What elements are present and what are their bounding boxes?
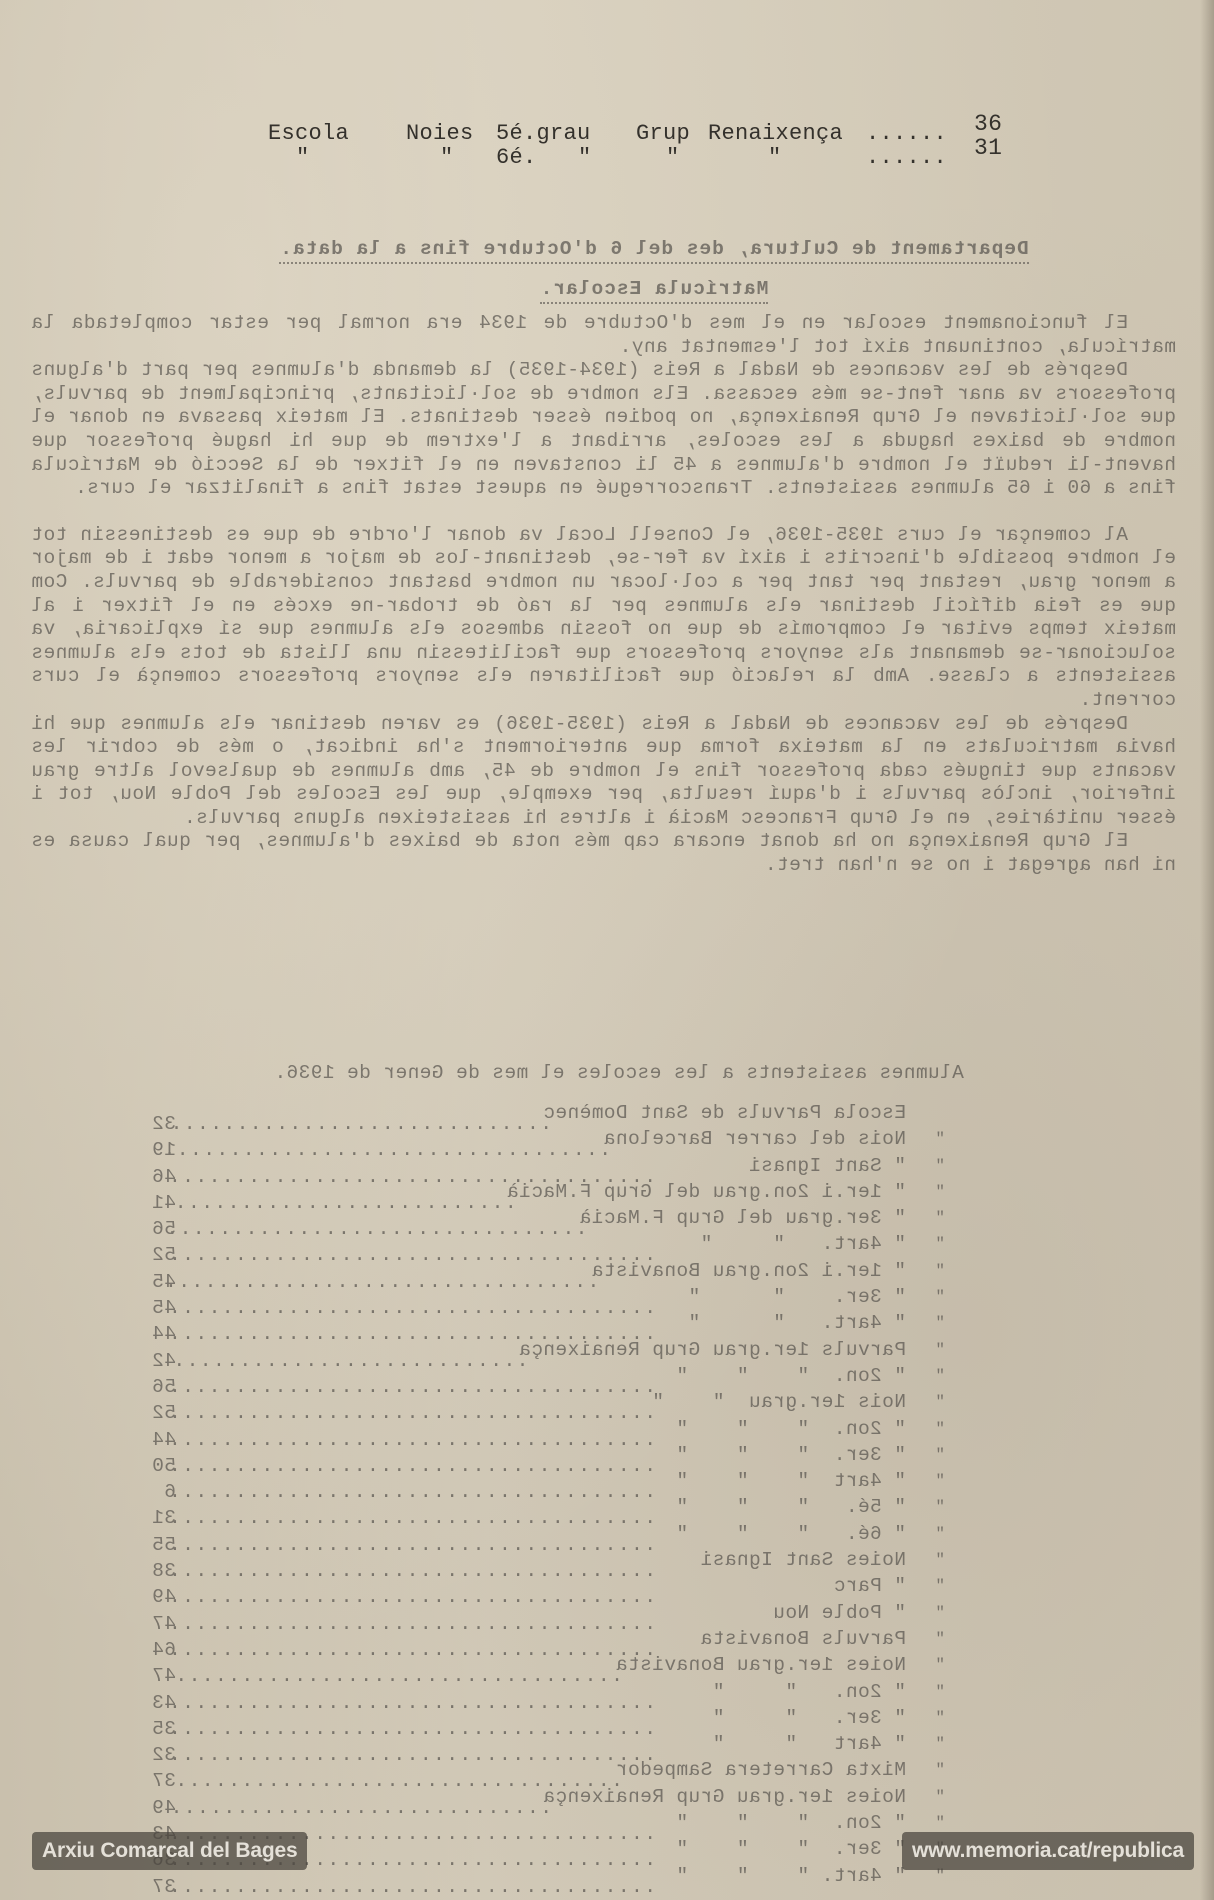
- school-name: " 3er. " " ": [676, 1838, 906, 1860]
- list-item: "" 4art " " "...........................…: [36, 1476, 1176, 1502]
- ditto-mark: ": [930, 1498, 950, 1516]
- student-count: 42: [152, 1350, 176, 1372]
- leader-dots: ................................: [165, 1218, 587, 1240]
- school-name: " 4art. " ": [688, 1312, 906, 1334]
- student-count: 35: [152, 1718, 176, 1740]
- ditto-mark: ": [930, 1788, 950, 1806]
- archive-watermark: Arxiu Comarcal del Bages: [32, 1832, 307, 1870]
- list-item: "" 6é. " " "............................…: [36, 1529, 1176, 1555]
- ditto-mark: ": [930, 1656, 950, 1674]
- ditto-mark: ": [930, 1420, 950, 1438]
- student-count: 64: [152, 1639, 176, 1661]
- leader-dots: .....................................: [168, 1534, 656, 1556]
- school-name: Nois 1er.grau " ": [652, 1391, 906, 1413]
- school-name: Parvuls 1er.grau Grup Renaixença: [519, 1339, 906, 1361]
- leader-dots: .....................................: [168, 1560, 656, 1582]
- list-item: "" 4art. " " "..........................…: [36, 1871, 1176, 1897]
- leader-dots: .....................................: [168, 1613, 656, 1635]
- leader-dots: .....................................: [168, 1586, 656, 1608]
- school-name: " 1er.i 2on.grau del Grup F.Macià: [507, 1181, 906, 1203]
- list-item: "Noies 1er.grau Bonavista...............…: [36, 1660, 1176, 1686]
- school-name: " Sant Ignasi: [749, 1155, 906, 1177]
- list-title: Alumnes assistents a les escoles el mes …: [144, 1062, 1094, 1084]
- student-count: 19: [152, 1139, 176, 1161]
- section-subheading: Matrícula Escolar.: [204, 278, 1104, 300]
- school-name: Parvuls Bonavista: [700, 1628, 906, 1650]
- ditto-mark: ": [930, 1709, 950, 1727]
- school-name: " 4art " " ": [676, 1470, 906, 1492]
- student-count: 37: [152, 1876, 176, 1898]
- school-name: " 4art. " " ": [676, 1865, 906, 1887]
- student-count: 37: [152, 1770, 176, 1792]
- student-count: 47: [152, 1613, 176, 1635]
- school-name: " 3er. " ": [688, 1286, 906, 1308]
- website-watermark: www.memoria.cat/republica: [902, 1832, 1194, 1870]
- leader-dots: .....................................: [168, 1639, 656, 1661]
- ditto-mark: ": [930, 1183, 950, 1201]
- student-count: 38: [152, 1560, 176, 1582]
- leader-dots: .....................................: [168, 1429, 656, 1451]
- school-name: " 4art " ": [712, 1733, 906, 1755]
- ditto-mark: ": [930, 1288, 950, 1306]
- student-count: 56: [152, 1218, 176, 1240]
- school-name: " 3er. " " ": [676, 1444, 906, 1466]
- student-count: 31: [152, 1507, 176, 1529]
- list-item: "Nois del carrer Barcelona..............…: [36, 1134, 1176, 1160]
- list-item: "" 1er.i 2on.grau Bonavista.............…: [36, 1266, 1176, 1292]
- student-count: 47: [152, 1665, 176, 1687]
- student-count: 49: [152, 1797, 176, 1819]
- paragraph: Després de les vacances de Nadal a Reis …: [31, 713, 1176, 831]
- ditto-mark: ": [930, 1341, 950, 1359]
- list-item: "" Parc.................................…: [36, 1581, 1176, 1607]
- school-name: " 2on. " " ": [676, 1418, 906, 1440]
- student-count: 49: [152, 1586, 176, 1608]
- list-item: "" 2on. " " "...........................…: [36, 1371, 1176, 1397]
- leader-dots: .....................................: [168, 1455, 656, 1477]
- list-item: "" 5é. " " "............................…: [36, 1502, 1176, 1528]
- document-page: Escola Noies 5é.grau Grup Renaixença ...…: [0, 0, 1214, 1900]
- leader-dots: .....................................: [168, 1692, 656, 1714]
- student-count: 32: [152, 1744, 176, 1766]
- ditto-mark: ": [930, 1735, 950, 1753]
- student-count: 41: [152, 1192, 176, 1214]
- leader-dots: ..................................: [162, 1139, 611, 1161]
- ditto-mark: ": [930, 1314, 950, 1332]
- leader-dots: .............................: [169, 1113, 552, 1135]
- ditto-mark: ": [930, 1683, 950, 1701]
- leader-dots: .................................: [164, 1271, 600, 1293]
- leader-dots: .....................................: [168, 1744, 656, 1766]
- school-name: " 5é. " " ": [676, 1496, 906, 1518]
- student-count: 43: [152, 1692, 176, 1714]
- list-item: "Noies Sant Ignasi......................…: [36, 1555, 1176, 1581]
- attendance-list: Escola Parvuls de Sant Domènec..........…: [36, 1108, 1176, 1897]
- ditto-mark: ": [930, 1367, 950, 1385]
- student-count: 44: [152, 1323, 176, 1345]
- student-count: 55: [152, 1534, 176, 1556]
- ditto-mark: ": [930, 1130, 950, 1148]
- list-item: "Parvuls Bonavista......................…: [36, 1634, 1176, 1660]
- paragraph: Després de les vacances de Nadal a Reis …: [31, 359, 1176, 501]
- leader-dots: .....................................: [168, 1718, 656, 1740]
- ditto-mark: ": [930, 1551, 950, 1569]
- list-item: "" 3er. " ".............................…: [36, 1292, 1176, 1318]
- leader-dots: .....................................: [168, 1297, 656, 1319]
- ditto-mark: ": [930, 1209, 950, 1227]
- leader-dots: .....................................: [168, 1876, 656, 1898]
- ditto-mark: ": [930, 1393, 950, 1411]
- leader-dots: ...........................: [172, 1350, 528, 1372]
- school-name: " 3er. " ": [712, 1707, 906, 1729]
- student-count: 50: [152, 1455, 176, 1477]
- leader-dots: .....................................: [168, 1376, 656, 1398]
- ditto-mark: ": [930, 1630, 950, 1648]
- list-item: "Parvuls 1er.grau Grup Renaixença.......…: [36, 1345, 1176, 1371]
- list-item: "Nois 1er.grau " "......................…: [36, 1397, 1176, 1423]
- school-name: Mixta Carretera Sampedor: [616, 1759, 906, 1781]
- school-name: Noies 1er.grau Bonavista: [616, 1654, 906, 1676]
- student-count: 56: [152, 1376, 176, 1398]
- ditto-mark: ": [930, 1604, 950, 1622]
- ditto-mark: ": [930, 1157, 950, 1175]
- leader-dots: .....................................: [168, 1402, 656, 1424]
- school-name: " 2on. " " ": [676, 1365, 906, 1387]
- bleed-through-text: Departament de Cultura, des del 6 d'Octu…: [0, 0, 1214, 1900]
- ditto-mark: ": [930, 1814, 950, 1832]
- student-count: 6: [164, 1481, 176, 1503]
- list-item: "" 4art " ".............................…: [36, 1739, 1176, 1765]
- student-count: 45: [152, 1271, 176, 1293]
- school-name: " 1er.i 2on.grau Bonavista: [591, 1260, 906, 1282]
- school-name: Nois del carrer Barcelona: [603, 1128, 906, 1150]
- school-name: Noies Sant Ignasi: [700, 1549, 906, 1571]
- ditto-mark: ": [930, 1761, 950, 1779]
- leader-dots: .....................................: [168, 1244, 656, 1266]
- student-count: 44: [152, 1429, 176, 1451]
- list-item: "Noies 1er.grau Grup Renaixença.........…: [36, 1792, 1176, 1818]
- school-name: Escola Parvuls de Sant Domènec: [543, 1102, 906, 1124]
- list-item: "" 3er. " ".............................…: [36, 1713, 1176, 1739]
- ditto-mark: ": [930, 1472, 950, 1490]
- school-name: " Parc: [833, 1575, 906, 1597]
- paragraph: El funcionament escolar en el mes d'Octu…: [31, 312, 1176, 359]
- leader-dots: .............................: [169, 1797, 552, 1819]
- list-item: "" 2on. " ".............................…: [36, 1687, 1176, 1713]
- list-item: "" 2on. " " "...........................…: [36, 1424, 1176, 1450]
- section-heading: Departament de Cultura, des del 6 d'Octu…: [204, 238, 1104, 260]
- list-item: "" Poble Nou............................…: [36, 1608, 1176, 1634]
- paragraph: Al començar el curs 1935-1936, el Consel…: [31, 524, 1176, 713]
- school-name: " 2on. " " ": [676, 1812, 906, 1834]
- leader-dots: .....................................: [168, 1507, 656, 1529]
- ditto-mark: ": [930, 1577, 950, 1595]
- ditto-mark: ": [930, 1446, 950, 1464]
- leader-dots: ..................................: [174, 1665, 623, 1687]
- student-count: 32: [152, 1113, 176, 1135]
- student-count: 52: [152, 1244, 176, 1266]
- school-name: " 3er.grau del Grup F.Macià: [579, 1207, 906, 1229]
- ditto-mark: ": [930, 1262, 950, 1280]
- leader-dots: .....................................: [168, 1481, 656, 1503]
- ditto-mark: ": [930, 1235, 950, 1253]
- school-name: Noies 1er.grau Grup Renaixença: [543, 1786, 906, 1808]
- school-name: " 4art. " ": [700, 1233, 906, 1255]
- leader-dots: ..........................: [173, 1192, 516, 1214]
- student-count: 46: [152, 1166, 176, 1188]
- paragraph: El Grup Renaixença no ha donat encara ca…: [31, 830, 1176, 877]
- list-item: "" 3er.grau del Grup F.Macià............…: [36, 1213, 1176, 1239]
- ditto-mark: ": [930, 1525, 950, 1543]
- student-count: 45: [152, 1297, 176, 1319]
- student-count: 52: [152, 1402, 176, 1424]
- list-item: "" 3er. " " "...........................…: [36, 1450, 1176, 1476]
- school-name: " 2on. " ": [712, 1681, 906, 1703]
- school-name: " 6é. " " ": [676, 1523, 906, 1545]
- school-name: " Poble Nou: [773, 1602, 906, 1624]
- body-paragraphs: El funcionament escolar en el mes d'Octu…: [31, 312, 1176, 901]
